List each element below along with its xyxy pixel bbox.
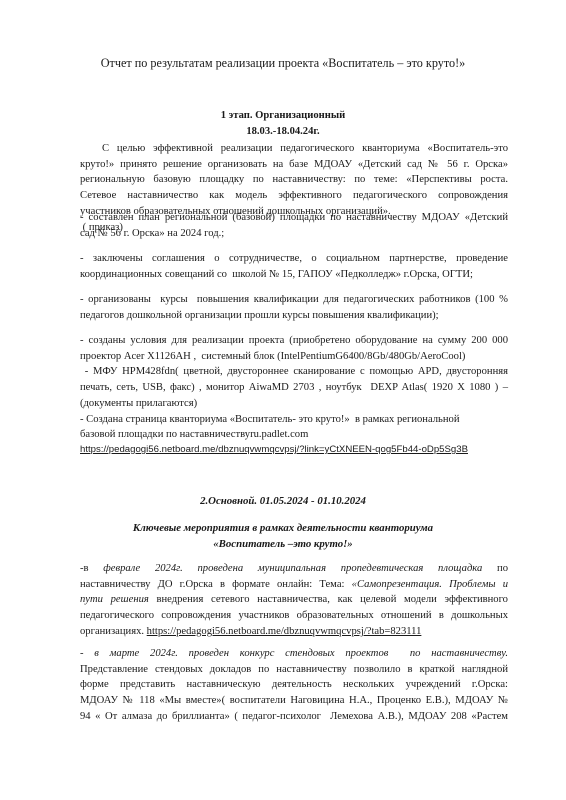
item-line: - заключены соглашения о сотрудничестве,… [80,251,508,267]
event-line: 94 « От алмаза до бриллианта» ( педагог-… [80,709,508,725]
subheading-line: «Воспитатель –это круто!» [60,536,506,552]
item-line: педагогов дошкольной организации прошли … [80,308,508,324]
item-line: (документы прилагаются) [80,396,508,412]
stage1-item: - составлен план региональной (базовой) … [80,210,508,241]
event-line: -в феврале 2024г. проведена муниципальна… [80,561,508,577]
stage1-dates: 18.03.-18.04.24г. [80,126,486,137]
item-line: - созданы условия для реализации проекта… [80,333,508,349]
netboard-link[interactable]: https://pedagogi56.netboard.me/dbznuqvwm… [80,444,468,455]
event-text-italic: «Самопрезентация. Проблемы и [352,579,508,590]
intro-line: Сетевое наставничество как модель эффект… [80,188,508,204]
event-line: пути решения внедрения сетевого наставни… [80,592,508,608]
event-line: МДОАУ № 118 «Мы вместе»( воспитатели Наг… [80,693,508,709]
event-line: форме представить наставническую деятель… [80,677,508,693]
event-text: наставничеству ДО г.Орска в формате онла… [80,579,352,590]
item-line: проектор Acer X1126AH , системный блок (… [80,349,508,365]
event-line: - в марте 2024г. проведен конкурс стендо… [80,646,508,662]
event-line: организациях. https://pedagogi56.netboar… [80,624,508,640]
intro-line: круто!» принято решение организовать на … [80,157,508,173]
stage1-item: - заключены соглашения о сотрудничестве,… [80,251,508,282]
item-line: базовой площадки по наставничествуru.pad… [80,427,508,443]
event-text-italic: пути решения [80,594,149,605]
item-line: - МФУ HPM428fdn( цветной, двустороннее с… [80,364,508,380]
event-line: Представление стендовых докладов по наст… [80,662,508,678]
stage1-item: - организованы курсы повышения квалифика… [80,292,508,323]
item-line: - организованы курсы повышения квалифика… [80,292,508,308]
event-text: -в [80,563,103,574]
stage2-subheading: Ключевые мероприятия в рамках деятельнос… [60,520,506,552]
stage1-heading: 1 этап. Организационный [80,110,486,121]
event-text: внедрения сетевого наставничества, как ц… [149,594,508,605]
item-line: координационных совещаний со школой № 15… [80,267,508,283]
intro-line: региональную базовую площадку по наставн… [80,172,508,188]
document-title: Отчет по результатам реализации проекта … [0,56,566,71]
event-text: по [482,563,508,574]
stage1-item: - созданы условия для реализации проекта… [80,333,508,443]
intro-line: С целью эффективной реализации педагогич… [80,141,508,157]
event-february: -в феврале 2024г. проведена муниципальна… [80,561,508,640]
tab-link[interactable]: https://pedagogi56.netboard.me/dbznuqvwm… [147,626,422,637]
event-march: - в марте 2024г. проведен конкурс стендо… [80,646,508,725]
stage2-heading: 2.Основной. 01.05.2024 - 01.10.2024 [0,495,566,507]
document-page: Отчет по результатам реализации проекта … [0,0,566,800]
event-line: педагогического сопровождения участников… [80,608,508,624]
event-text-italic: феврале 2024г. проведена муниципальная п… [103,563,482,574]
item-line: сад № 56 г. Орска» на 2024 год.; [80,226,508,242]
item-line: - Создана страница кванториума «Воспитат… [80,412,508,428]
event-text: организациях. [80,626,147,637]
event-line: наставничеству ДО г.Орска в формате онла… [80,577,508,593]
subheading-line: Ключевые мероприятия в рамках деятельнос… [60,520,506,536]
item-line: печать, сеть, USB, факс) , монитор AiwaM… [80,380,508,396]
item-line: - составлен план региональной (базовой) … [80,210,508,226]
